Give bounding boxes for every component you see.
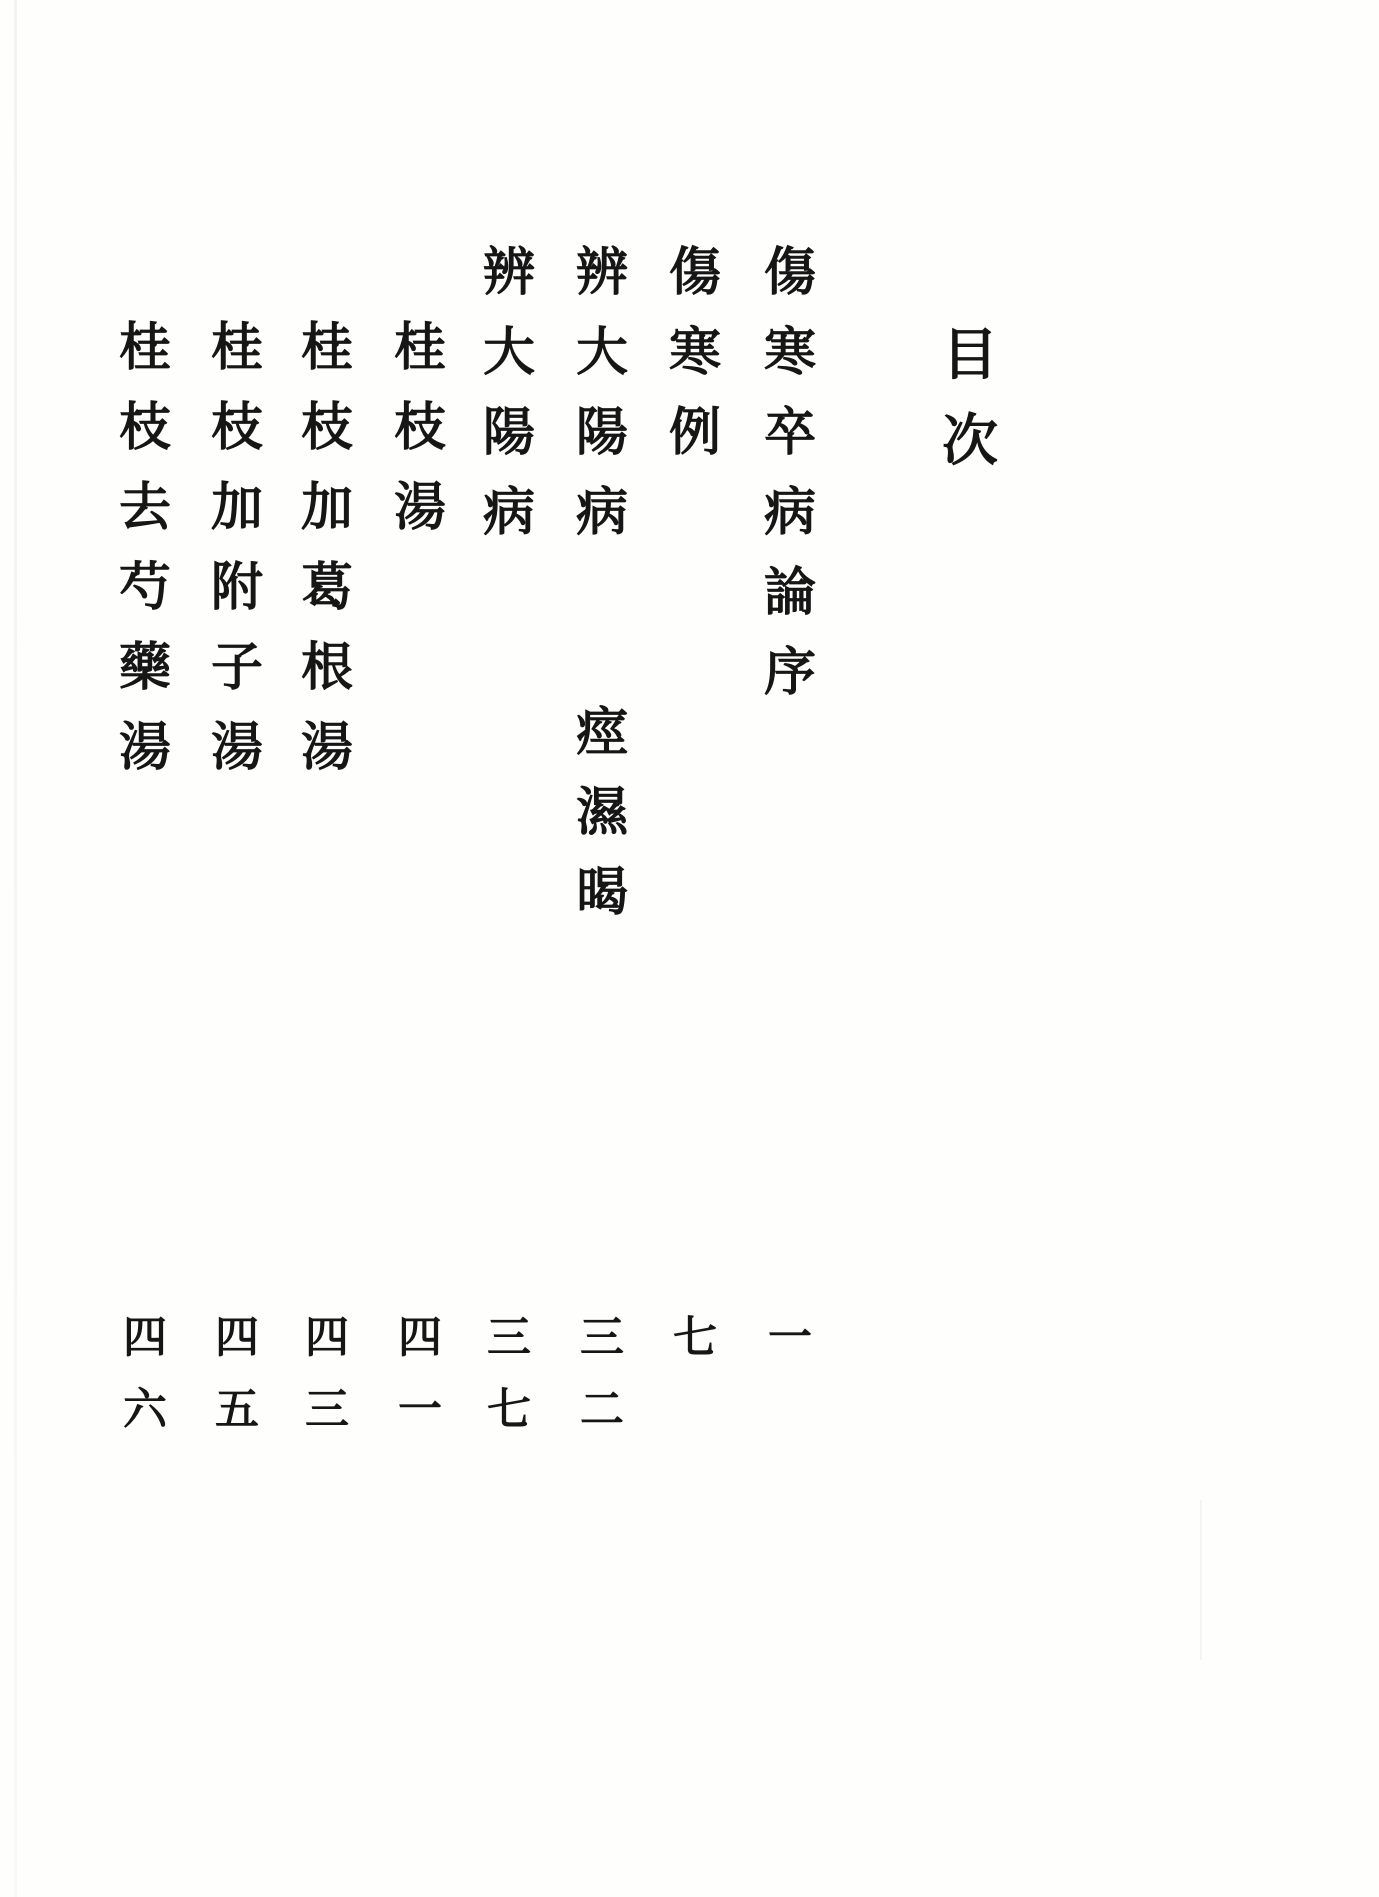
heading-char: 陽 xyxy=(567,393,637,473)
heading-char: 湯 xyxy=(110,708,180,788)
page-number-6-upper: 四 xyxy=(292,1303,362,1373)
toc-entry-3-subheading[interactable]: 痙濕暍 xyxy=(567,693,637,933)
heading-char: 論 xyxy=(755,553,825,633)
heading-char: 桂 xyxy=(292,308,362,388)
heading-char: 桂 xyxy=(385,308,455,388)
heading-char: 湯 xyxy=(202,708,272,788)
heading-char: 大 xyxy=(567,313,637,393)
subheading-char: 濕 xyxy=(567,773,637,853)
subheading-char: 痙 xyxy=(567,693,637,773)
page-number-5-lower: 一 xyxy=(385,1375,455,1445)
page-number-5-upper: 四 xyxy=(385,1303,455,1373)
heading-char: 枝 xyxy=(385,388,455,468)
page-number-3-upper: 三 xyxy=(567,1303,637,1373)
heading-char: 病 xyxy=(474,473,544,553)
heading-char: 葛 xyxy=(292,548,362,628)
heading-char: 傷 xyxy=(755,233,825,313)
subheading-char: 暍 xyxy=(567,853,637,933)
heading-char: 子 xyxy=(202,628,272,708)
page-number-7-upper: 四 xyxy=(202,1303,272,1373)
heading-char: 寒 xyxy=(755,313,825,393)
heading-char: 傷 xyxy=(660,233,730,313)
title-char: 目 xyxy=(935,312,1005,398)
heading-char: 藥 xyxy=(110,628,180,708)
heading-char: 芍 xyxy=(110,548,180,628)
page-number-2-upper: 七 xyxy=(660,1303,730,1373)
heading-char: 卒 xyxy=(755,393,825,473)
page-title: 目 次 xyxy=(935,312,1005,484)
paper-mark xyxy=(1200,1500,1202,1660)
heading-char: 寒 xyxy=(660,313,730,393)
heading-char: 加 xyxy=(292,468,362,548)
page-number-8-lower: 六 xyxy=(110,1375,180,1445)
heading-char: 序 xyxy=(755,633,825,713)
page-number-4-upper: 三 xyxy=(474,1303,544,1373)
page-number-1-upper: 一 xyxy=(755,1303,825,1373)
heading-char: 辨 xyxy=(567,233,637,313)
heading-char: 陽 xyxy=(474,393,544,473)
page-number-4-lower: 七 xyxy=(474,1375,544,1445)
page-number-8-upper: 四 xyxy=(110,1303,180,1373)
toc-entry-6[interactable]: 桂枝加葛根湯 xyxy=(292,308,362,788)
toc-entry-3[interactable]: 辨大陽病 xyxy=(567,233,637,553)
page-number-6-lower: 三 xyxy=(292,1375,362,1445)
title-char: 次 xyxy=(935,398,1005,484)
page-number-3-lower: 二 xyxy=(567,1375,637,1445)
page-edge-shadow xyxy=(14,0,17,1897)
toc-entry-4[interactable]: 辨大陽病 xyxy=(474,233,544,553)
heading-char: 加 xyxy=(202,468,272,548)
heading-char: 例 xyxy=(660,393,730,473)
heading-char: 枝 xyxy=(292,388,362,468)
heading-char: 枝 xyxy=(202,388,272,468)
toc-entry-2[interactable]: 傷寒例 xyxy=(660,233,730,473)
heading-char: 桂 xyxy=(110,308,180,388)
page-number-7-lower: 五 xyxy=(202,1375,272,1445)
heading-char: 去 xyxy=(110,468,180,548)
toc-entry-5[interactable]: 桂枝湯 xyxy=(385,308,455,548)
heading-char: 枝 xyxy=(110,388,180,468)
heading-char: 附 xyxy=(202,548,272,628)
scanned-page: 目 次 傷寒卒病論序 傷寒例 辨大陽病 痙濕暍 辨大陽病 桂枝湯 桂枝加葛根湯 … xyxy=(0,0,1379,1897)
heading-char: 病 xyxy=(755,473,825,553)
toc-entry-8[interactable]: 桂枝去芍藥湯 xyxy=(110,308,180,788)
toc-entry-1[interactable]: 傷寒卒病論序 xyxy=(755,233,825,713)
heading-char: 根 xyxy=(292,628,362,708)
toc-entry-7[interactable]: 桂枝加附子湯 xyxy=(202,308,272,788)
heading-char: 桂 xyxy=(202,308,272,388)
heading-char: 辨 xyxy=(474,233,544,313)
heading-char: 湯 xyxy=(385,468,455,548)
heading-char: 大 xyxy=(474,313,544,393)
heading-char: 病 xyxy=(567,473,637,553)
heading-char: 湯 xyxy=(292,708,362,788)
